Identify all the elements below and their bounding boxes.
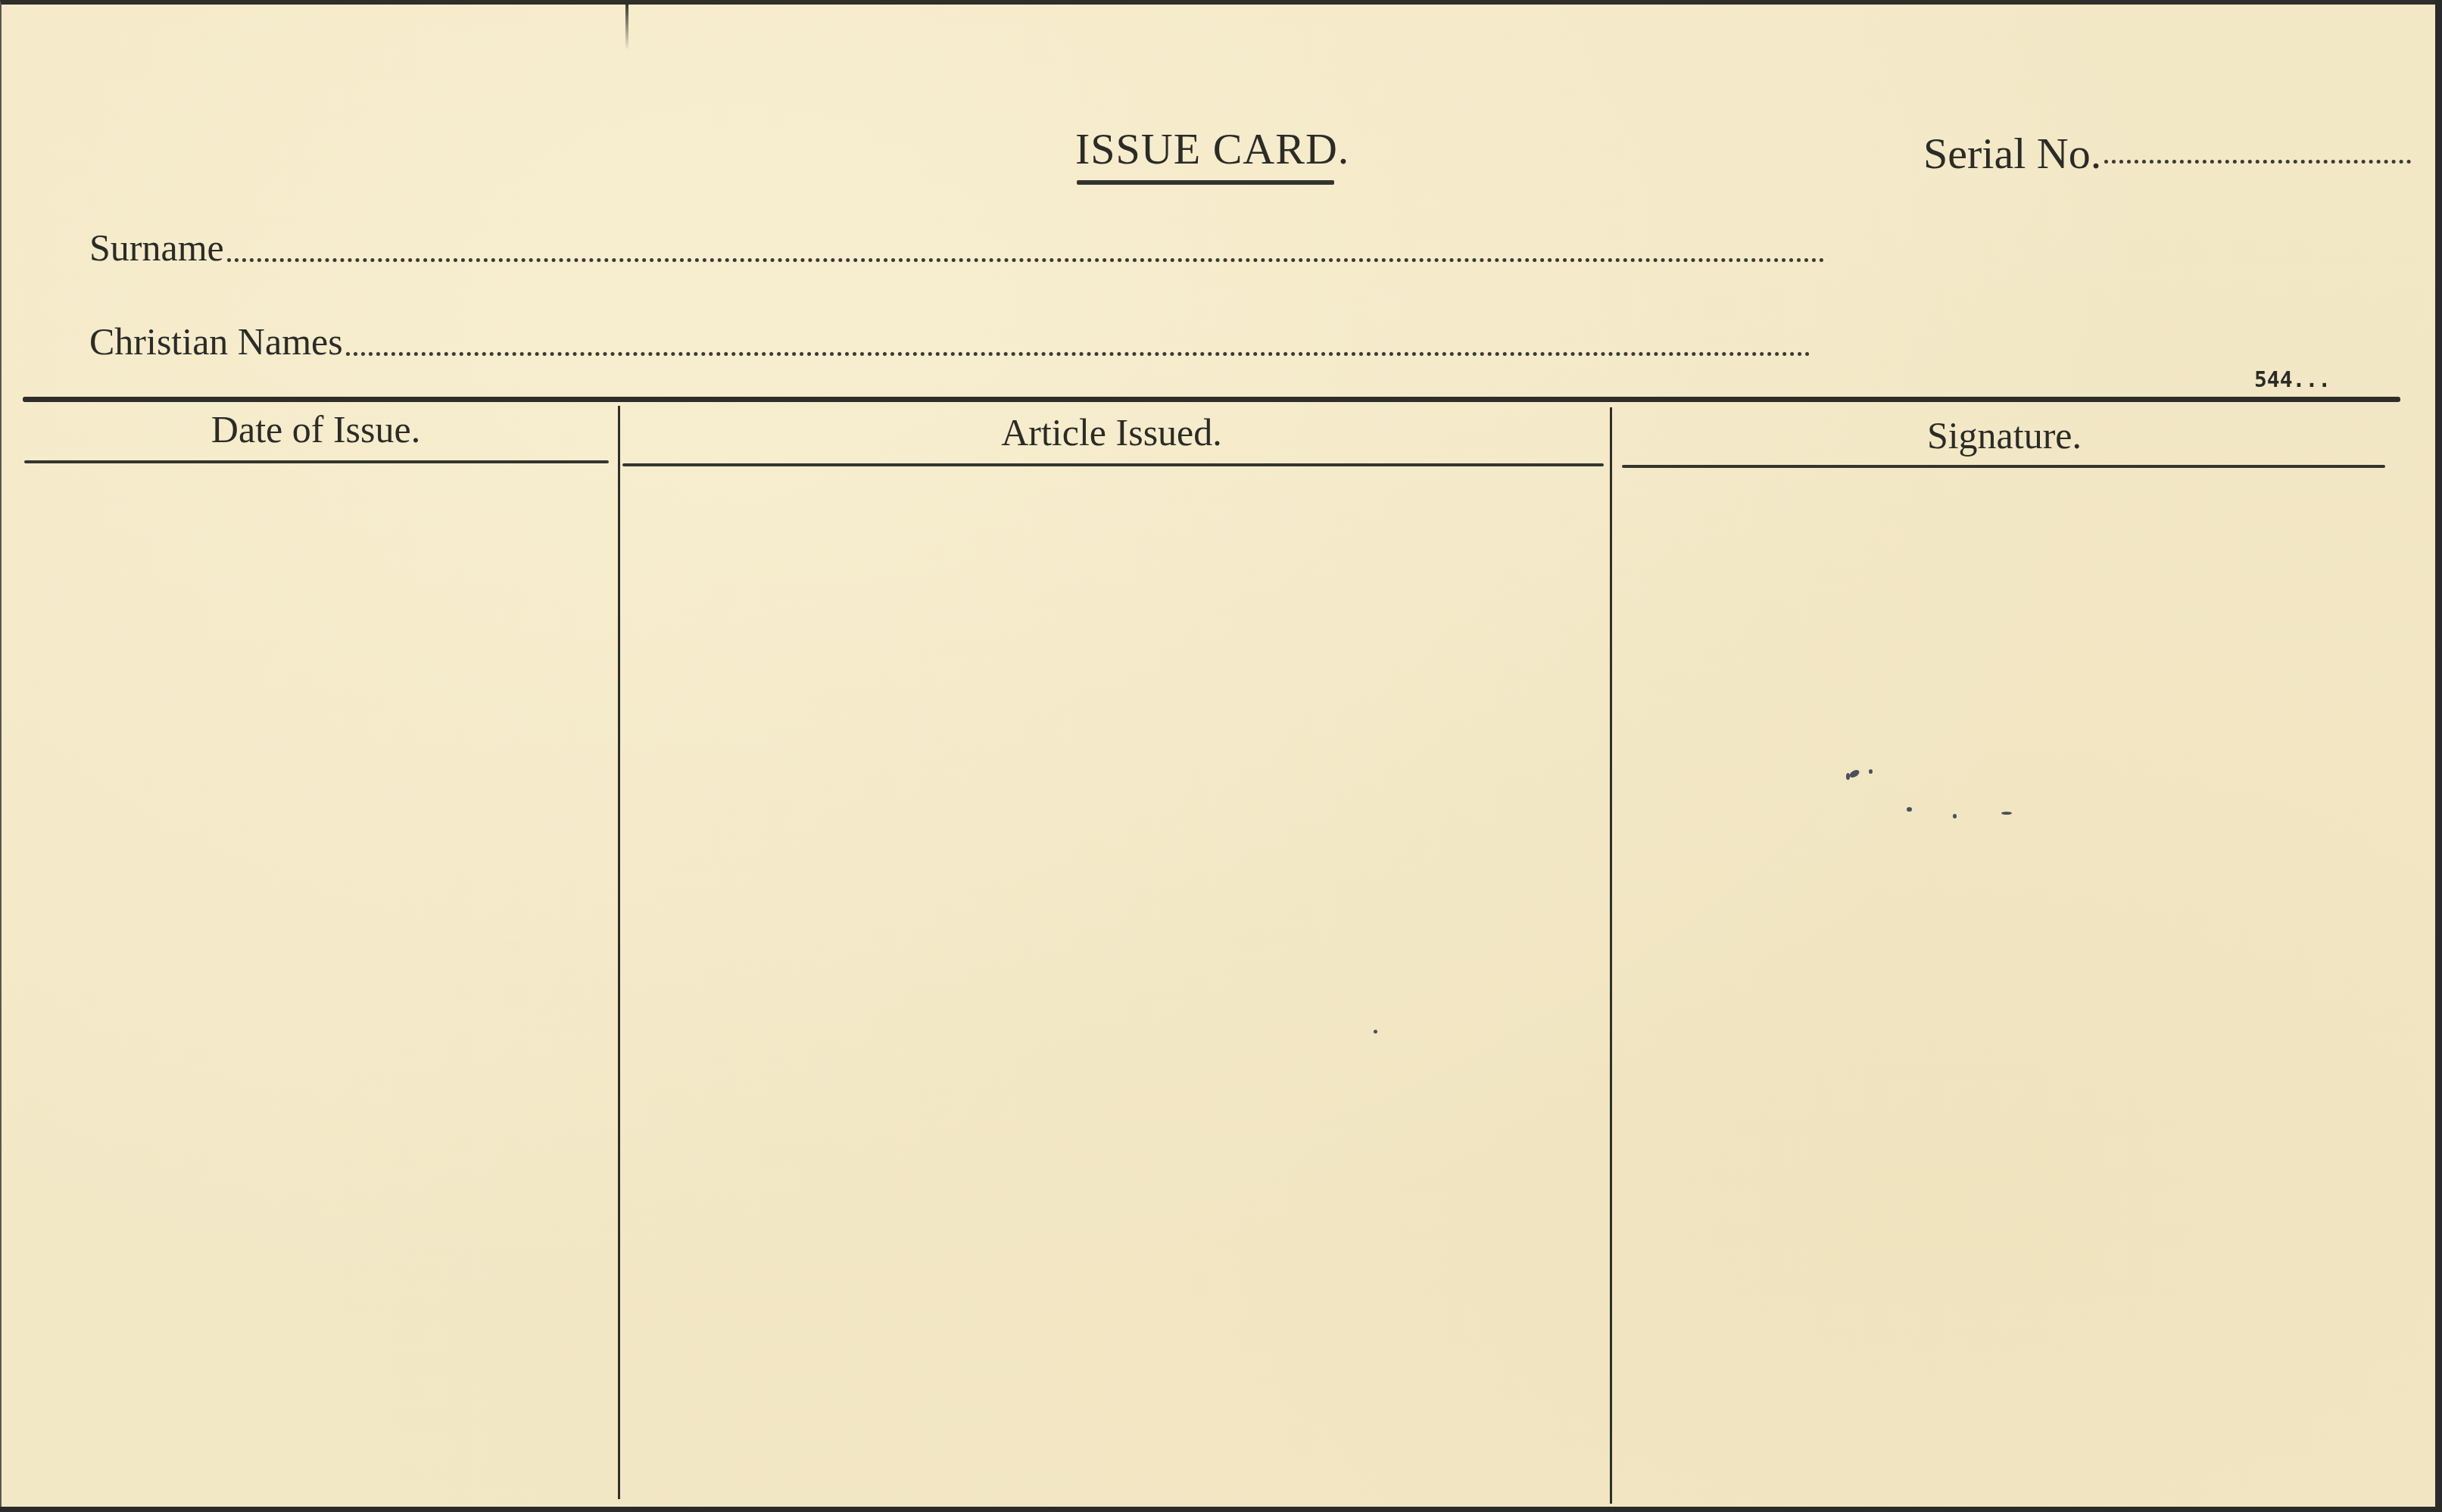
- christian-names-label: Christian Names: [89, 323, 346, 360]
- serial-number-field: Serial No.: [1923, 132, 2411, 176]
- serial-number-input[interactable]: [2104, 160, 2411, 164]
- column-divider-2: [1610, 407, 1612, 1504]
- column-header-article-issued: Article Issued.: [621, 413, 1602, 451]
- serial-number-label: Serial No.: [1923, 129, 2101, 178]
- header-divider: [23, 397, 2400, 402]
- card-title: ISSUE CARD.: [1075, 127, 1349, 171]
- christian-names-input[interactable]: [346, 352, 1810, 356]
- form-number: 544...: [2254, 369, 2331, 391]
- ink-speck: [1846, 773, 1850, 780]
- surname-input[interactable]: [227, 258, 1825, 262]
- issue-card: ISSUE CARD. Serial No. Surname Christian…: [0, 0, 2435, 1507]
- ink-speck: [1953, 814, 1957, 818]
- ink-speck: [2001, 812, 2012, 815]
- column-header-signature: Signature.: [1622, 416, 2387, 454]
- column-underline-signature: [1622, 465, 2385, 468]
- surname-label: Surname: [89, 229, 227, 267]
- ink-speck: [1907, 807, 1912, 812]
- column-header-date-of-issue: Date of Issue.: [24, 410, 607, 448]
- column-underline-article: [622, 463, 1604, 466]
- ink-speck: [1848, 768, 1860, 779]
- surname-field: Surname: [89, 229, 1825, 267]
- ink-speck: [1374, 1030, 1377, 1033]
- title-underline: [1077, 180, 1334, 185]
- fold-mark: [625, 5, 628, 50]
- christian-names-field: Christian Names: [89, 323, 1810, 360]
- column-underline-date: [24, 460, 609, 463]
- ink-speck: [1869, 769, 1873, 774]
- column-divider-1: [618, 406, 620, 1499]
